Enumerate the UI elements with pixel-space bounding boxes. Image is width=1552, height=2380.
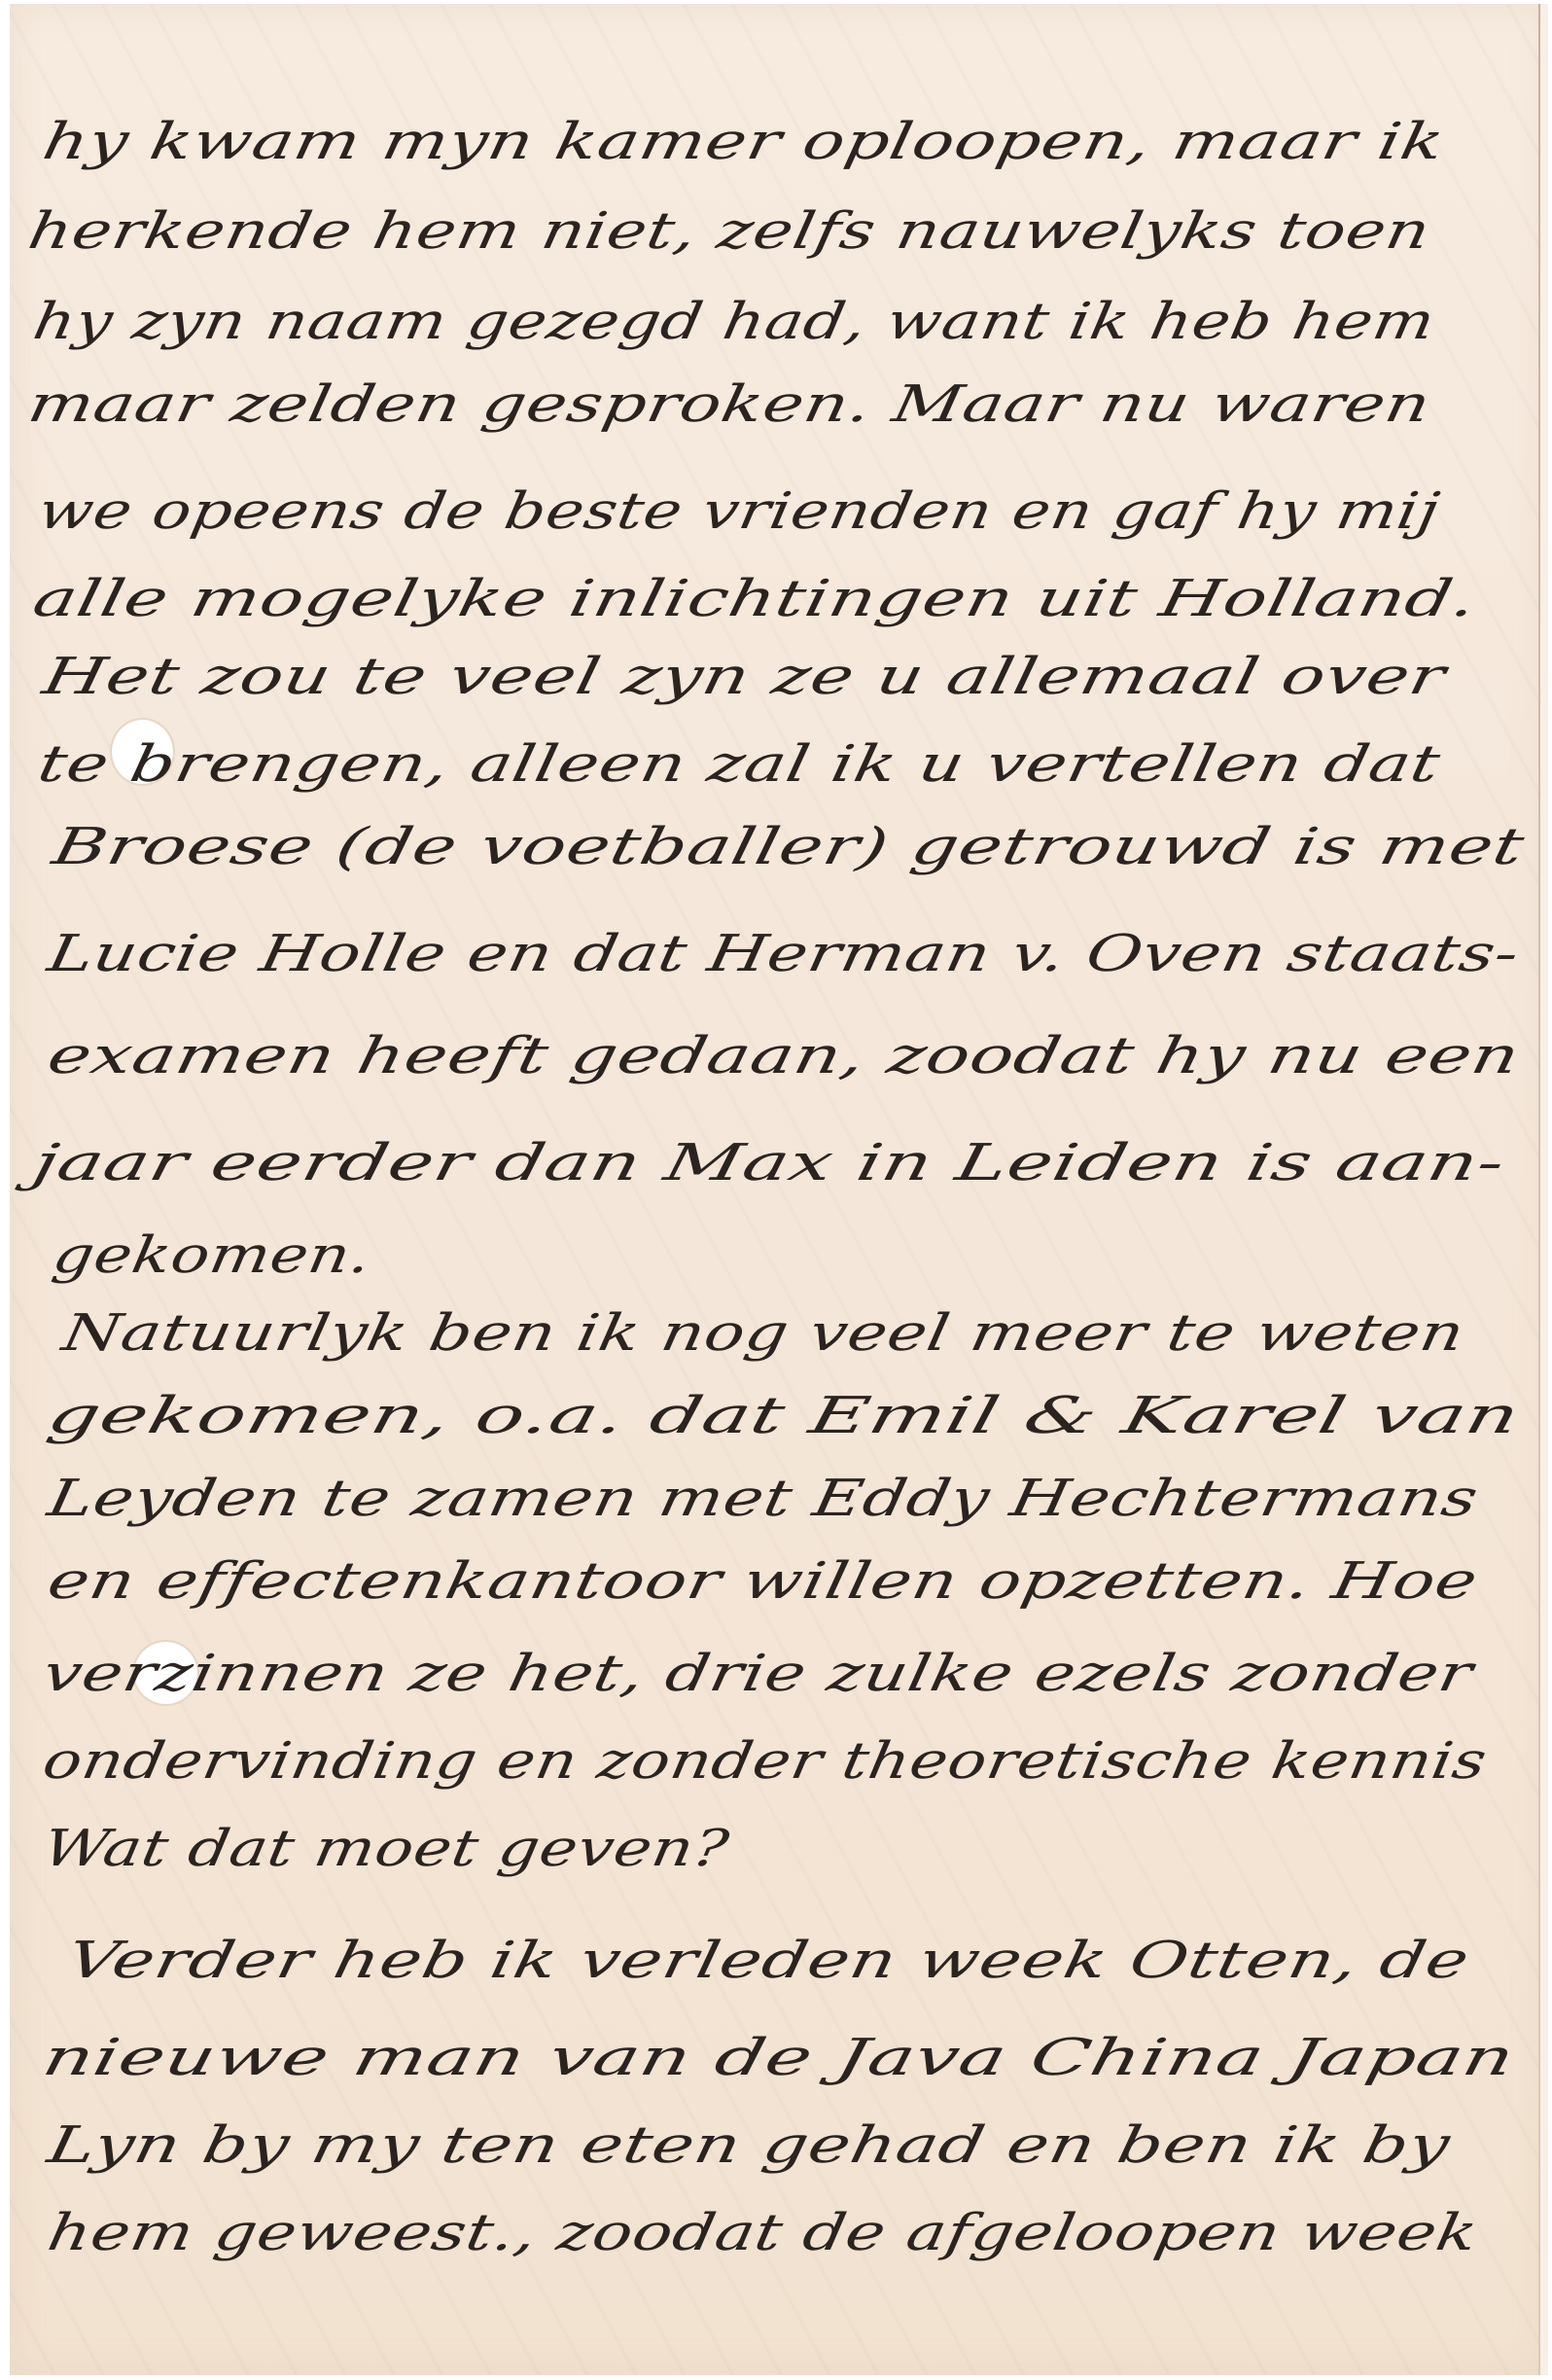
- letter-body: hy kwam myn kamer oploopen, maar ik herk…: [0, 0, 1552, 2380]
- handwritten-line: te brengen, alleen zal ik u vertellen da…: [34, 739, 1444, 790]
- handwritten-line: herkende hem niet, zelfs nauwelyks toen: [24, 206, 1434, 257]
- handwritten-line: ondervinding en zonder theoretische kenn…: [39, 1736, 1490, 1787]
- handwritten-line: hy zyn naam gezegd had, want ik heb hem: [29, 297, 1438, 347]
- handwritten-line: Lucie Holle en dat Herman v. Oven staats…: [44, 929, 1523, 979]
- handwritten-line: maar zelden gesproken. Maar nu waren: [24, 379, 1434, 430]
- handwritten-line: en effectenkantoor willen opzetten. Hoe: [44, 1556, 1482, 1607]
- handwritten-line: Lyn by my ten eten gehad en ben ik by: [44, 2120, 1454, 2171]
- handwritten-line: Leyden te zamen met Eddy Hechtermans: [44, 1474, 1482, 1524]
- handwritten-line: gekomen, o.a. dat Emil & Karel van: [43, 1391, 1524, 1441]
- handwritten-line: Natuurlyk ben ik nog veel meer te weten: [58, 1308, 1468, 1359]
- handwritten-line: gekomen.: [49, 1230, 374, 1281]
- handwritten-line: we opeens de beste vrienden en gaf hy mi…: [34, 486, 1443, 537]
- handwritten-line: hem geweest., zoodat de afgeloopen week: [44, 2208, 1482, 2258]
- handwritten-line: Het zou te veel zyn ze u allemaal over: [39, 652, 1450, 702]
- handwritten-line: nieuwe man van de Java China Japan: [38, 2033, 1519, 2083]
- handwritten-line: hy kwam myn kamer oploopen, maar ik: [39, 117, 1449, 167]
- handwritten-line: jaar eerder dan Max in Leiden is aan-: [29, 1138, 1510, 1189]
- handwritten-line: verzinnen ze het, drie zulke ezels zonde…: [39, 1649, 1477, 1699]
- handwritten-line: examen heeft gedaan, zoodat hy nu een: [44, 1031, 1524, 1082]
- handwritten-line: Verder heb ik verleden week Otten, de: [63, 1936, 1473, 1986]
- handwritten-line: Broese (de voetballer) getrouwd is met: [49, 822, 1529, 872]
- handwritten-line: Wat dat moet geven?: [39, 1824, 732, 1874]
- handwritten-line: alle mogelyke inlichtingen uit Holland.: [29, 574, 1481, 624]
